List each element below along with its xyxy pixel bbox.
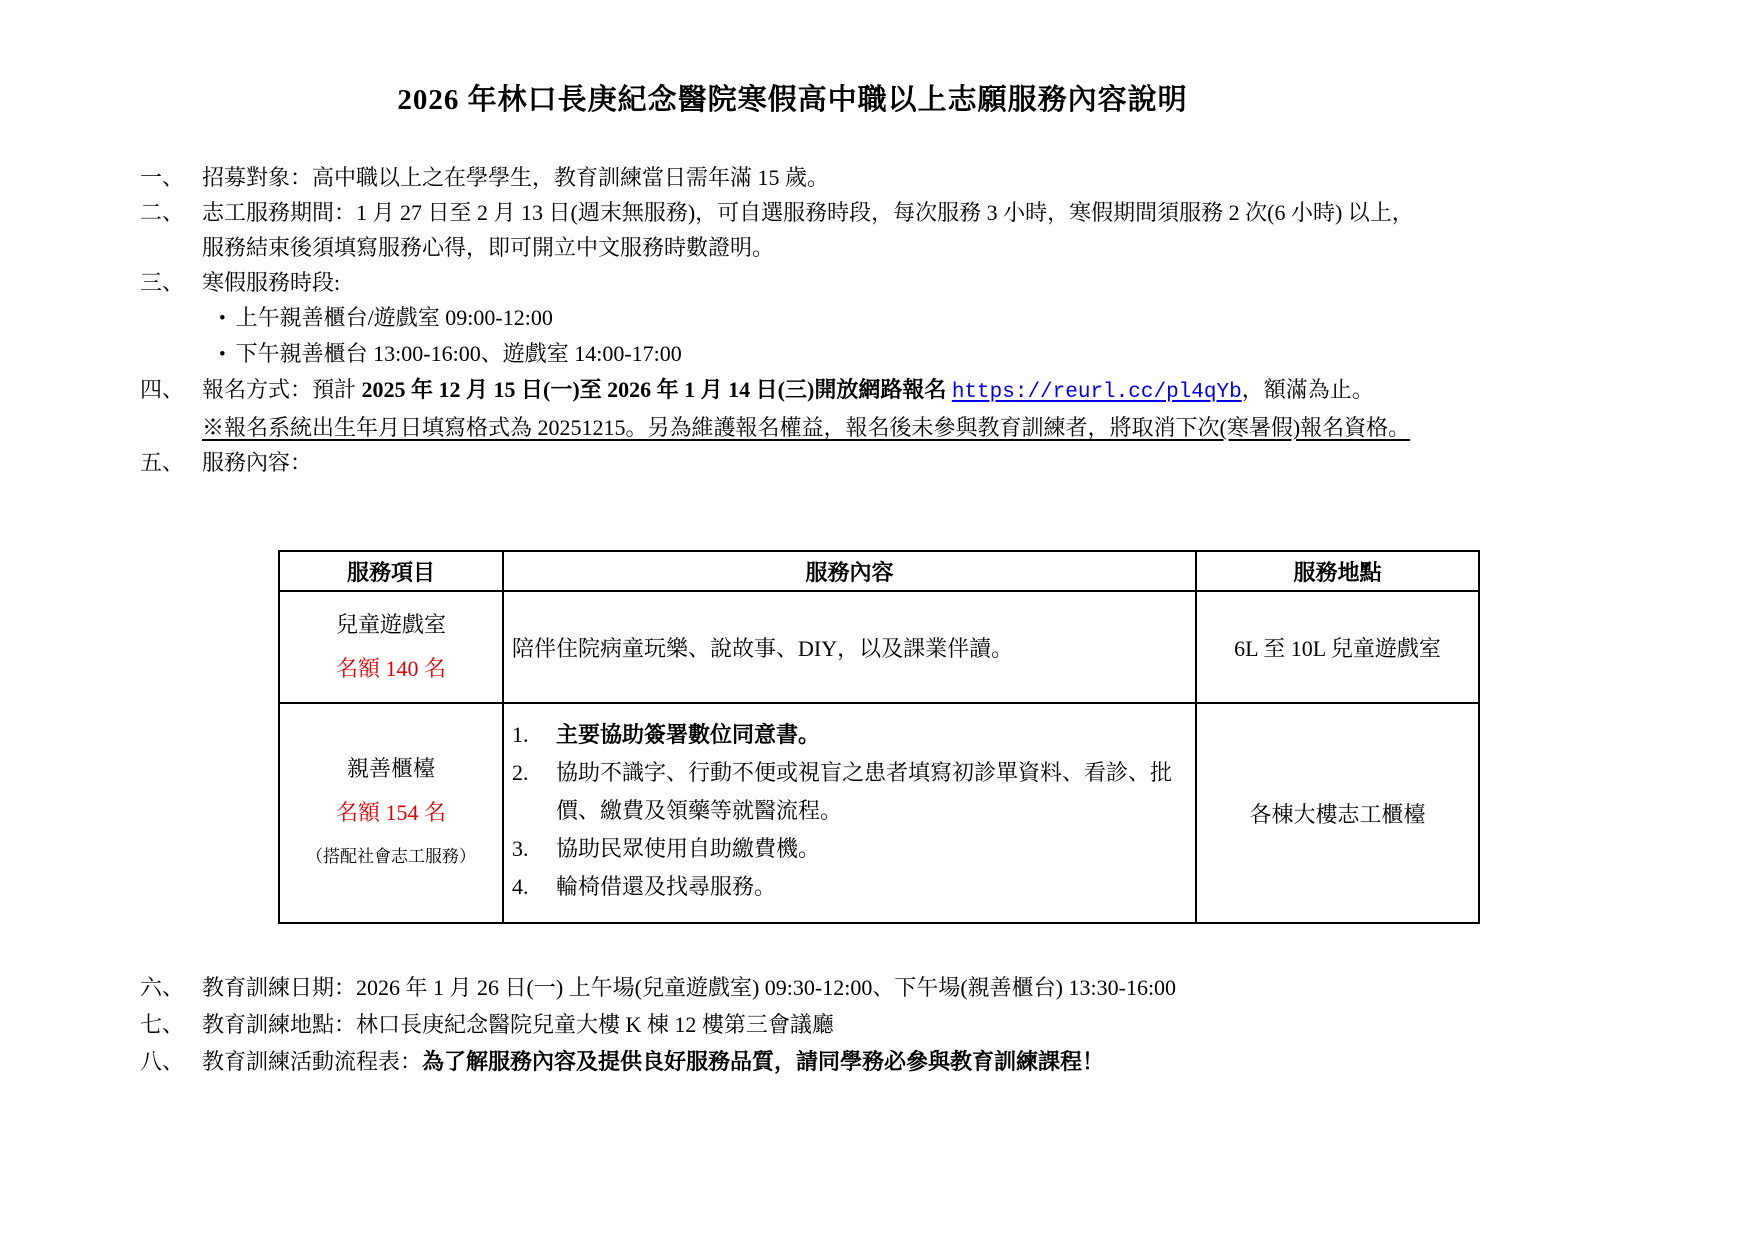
duty-item-2: 2. 協助不識字、行動不便或視盲之患者填寫初診單資料、看診、批價、繳費及領藥等就… bbox=[510, 754, 1191, 830]
list-item-2: 二、 志工服務期間：1 月 27 日至 2 月 13 日(週末無服務)，可自選服… bbox=[140, 195, 1445, 265]
duty-text: 主要協助簽署數位同意書。 bbox=[556, 716, 1191, 754]
list-item-8: 八、 教育訓練活動流程表：為了解服務內容及提供良好服務品質，請同學務必參與教育訓… bbox=[140, 1044, 1590, 1080]
playroom-content-cell: 陪伴住院病童玩樂、說故事、DIY，以及課業伴讀。 bbox=[503, 591, 1196, 703]
item-number: 三、 bbox=[140, 265, 202, 300]
timeslot-morning-text: 上午親善櫃台/遊戲室 09:00-12:00 bbox=[236, 305, 553, 330]
numbered-list: 一、 招募對象：高中職以上之在學學生，教育訓練當日需年滿 15 歲。 二、 志工… bbox=[140, 160, 1445, 480]
list-item-5: 五、 服務內容： bbox=[140, 445, 1445, 480]
recruit-target-text: 招募對象：高中職以上之在學學生，教育訓練當日需年滿 15 歲。 bbox=[202, 165, 829, 190]
training-schedule-bold-text: 為了解服務內容及提供良好服務品質，請同學務必參與教育訓練課程！ bbox=[422, 1049, 1104, 1074]
item-number: 四、 bbox=[140, 372, 202, 407]
training-schedule-pre-text: 教育訓練活動流程表： bbox=[202, 1049, 422, 1074]
registration-line: 報名方式：預計 2025 年 12 月 15 日(一)至 2026 年 1 月 … bbox=[202, 372, 1445, 410]
duty-number: 4. bbox=[510, 868, 556, 906]
list-item-6: 六、 教育訓練日期：2026 年 1 月 26 日(一) 上午場(兒童遊戲室) … bbox=[140, 970, 1590, 1006]
item-number: 一、 bbox=[140, 160, 202, 195]
registration-post-text: ，額滿為止。 bbox=[1242, 377, 1374, 402]
service-table: 服務項目 服務內容 服務地點 兒童遊戲室 名額 140 名 陪伴住院病童玩樂、說… bbox=[278, 550, 1480, 924]
duty-item-1: 1. 主要協助簽署數位同意書。 bbox=[510, 716, 1191, 754]
duty-text: 輪椅借還及找尋服務。 bbox=[556, 868, 1191, 906]
duty-item-3: 3. 協助民眾使用自助繳費機。 bbox=[510, 830, 1191, 868]
counter-note: （搭配社會志工服務） bbox=[280, 835, 502, 879]
counter-name: 親善櫃檯 bbox=[280, 747, 502, 791]
counter-item-cell: 親善櫃檯 名額 154 名 （搭配社會志工服務） bbox=[279, 703, 503, 923]
counter-content-cell: 1. 主要協助簽署數位同意書。 2. 協助不識字、行動不便或視盲之患者填寫初診單… bbox=[503, 703, 1196, 923]
duty-number: 1. bbox=[510, 716, 556, 754]
duty-number: 3. bbox=[510, 830, 556, 868]
header-service-location: 服務地點 bbox=[1196, 551, 1479, 591]
service-period-line1: 志工服務期間：1 月 27 日至 2 月 13 日(週末無服務)，可自選服務時段… bbox=[202, 195, 1445, 230]
service-period-line2: 服務結束後須填寫服務心得，即可開立中文服務時數證明。 bbox=[202, 230, 1445, 265]
service-timeslot-label: 寒假服務時段: bbox=[202, 265, 1445, 300]
registration-dates-text: 2025 年 12 月 15 日(一)至 2026 年 1 月 14 日(三)開… bbox=[362, 377, 952, 402]
registration-note: ※報名系統出生年月日填寫格式為 20251215。另為維護報名權益，報名後未參與… bbox=[202, 410, 1445, 445]
playroom-item-cell: 兒童遊戲室 名額 140 名 bbox=[279, 591, 503, 703]
counter-quota: 名額 154 名 bbox=[280, 791, 502, 835]
counter-location-cell: 各棟大樓志工櫃檯 bbox=[1196, 703, 1479, 923]
counter-duty-list: 1. 主要協助簽署數位同意書。 2. 協助不識字、行動不便或視盲之患者填寫初診單… bbox=[504, 704, 1195, 906]
item-number: 七、 bbox=[140, 1007, 202, 1043]
document-page: 2026 年林口長庚紀念醫院寒假高中職以上志願服務內容說明 一、 招募對象：高中… bbox=[0, 0, 1755, 1241]
timeslot-afternoon: •下午親善櫃台 13:00-16:00、遊戲室 14:00-17:00 bbox=[202, 336, 1445, 372]
service-content-label: 服務內容： bbox=[202, 450, 312, 475]
playroom-name: 兒童遊戲室 bbox=[280, 603, 502, 647]
training-date-text: 教育訓練日期：2026 年 1 月 26 日(一) 上午場(兒童遊戲室) 09:… bbox=[202, 975, 1176, 1000]
item-number: 八、 bbox=[140, 1044, 202, 1080]
duty-item-4: 4. 輪椅借還及找尋服務。 bbox=[510, 868, 1191, 906]
list-item-3: 三、 寒假服務時段: •上午親善櫃台/遊戲室 09:00-12:00 •下午親善… bbox=[140, 265, 1445, 372]
table-header-row: 服務項目 服務內容 服務地點 bbox=[279, 551, 1479, 591]
timeslot-afternoon-text: 下午親善櫃台 13:00-16:00、遊戲室 14:00-17:00 bbox=[236, 341, 682, 366]
item-number: 二、 bbox=[140, 195, 202, 230]
timeslot-morning: •上午親善櫃台/遊戲室 09:00-12:00 bbox=[202, 300, 1445, 336]
playroom-quota: 名額 140 名 bbox=[280, 647, 502, 691]
bullet-icon: • bbox=[219, 337, 226, 372]
item-number: 五、 bbox=[140, 445, 202, 480]
list-item-1: 一、 招募對象：高中職以上之在學學生，教育訓練當日需年滿 15 歲。 bbox=[140, 160, 1445, 195]
duty-number: 2. bbox=[510, 754, 556, 792]
numbered-list-bottom: 六、 教育訓練日期：2026 年 1 月 26 日(一) 上午場(兒童遊戲室) … bbox=[140, 970, 1590, 1080]
item-number: 六、 bbox=[140, 970, 202, 1006]
registration-link[interactable]: https://reurl.cc/pl4qYb bbox=[952, 381, 1242, 404]
duty-text: 協助不識字、行動不便或視盲之患者填寫初診單資料、看診、批價、繳費及領藥等就醫流程… bbox=[556, 754, 1191, 830]
playroom-location-cell: 6L 至 10L 兒童遊戲室 bbox=[1196, 591, 1479, 703]
table-row-playroom: 兒童遊戲室 名額 140 名 陪伴住院病童玩樂、說故事、DIY，以及課業伴讀。 … bbox=[279, 591, 1479, 703]
list-item-7: 七、 教育訓練地點：林口長庚紀念醫院兒童大樓 K 棟 12 樓第三會議廳 bbox=[140, 1007, 1590, 1043]
document-title: 2026 年林口長庚紀念醫院寒假高中職以上志願服務內容說明 bbox=[140, 0, 1445, 122]
header-service-item: 服務項目 bbox=[279, 551, 503, 591]
table-row-counter: 親善櫃檯 名額 154 名 （搭配社會志工服務） 1. 主要協助簽署數位同意書。… bbox=[279, 703, 1479, 923]
header-service-content: 服務內容 bbox=[503, 551, 1196, 591]
bullet-icon: • bbox=[219, 301, 226, 336]
registration-pre-text: 報名方式：預計 bbox=[202, 377, 362, 402]
list-item-4: 四、 報名方式：預計 2025 年 12 月 15 日(一)至 2026 年 1… bbox=[140, 372, 1445, 445]
duty-text: 協助民眾使用自助繳費機。 bbox=[556, 830, 1191, 868]
training-location-text: 教育訓練地點：林口長庚紀念醫院兒童大樓 K 棟 12 樓第三會議廳 bbox=[202, 1012, 834, 1037]
